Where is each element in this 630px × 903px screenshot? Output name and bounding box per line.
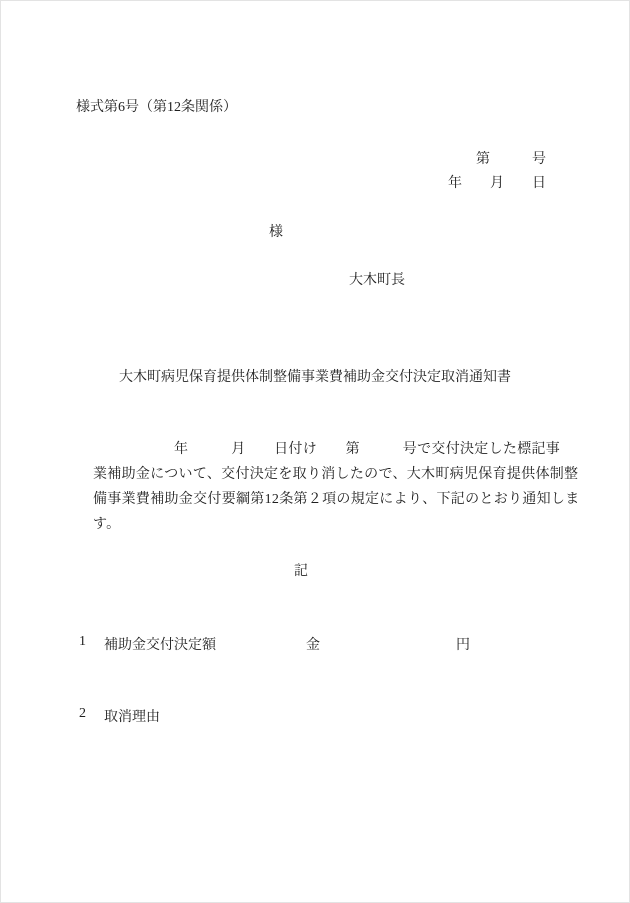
date-line: 年 月 日 <box>448 172 546 192</box>
sender-name: 大木町長 <box>349 269 405 289</box>
document-page: 様式第6号（第12条関係） 第 号 年 月 日 様 大木町長 大木町病児保育提供… <box>0 0 630 903</box>
body-line-4: す。 <box>93 513 120 533</box>
document-title: 大木町病児保育提供体制整備事業費補助金交付決定取消通知書 <box>1 366 629 386</box>
body-line-2: 業補助金について、交付決定を取り消したので、大木町病児保育提供体制整 <box>93 463 578 483</box>
item-label: 補助金交付決定額 <box>104 634 216 654</box>
item-number: 2 <box>79 706 86 722</box>
amount-unit: 円 <box>456 634 470 654</box>
amount-prefix: 金 <box>306 634 320 654</box>
body-line-3: 備事業費補助金交付要綱第12条第２項の規定により、下記のとおり通知しま <box>93 488 580 508</box>
item-number: 1 <box>79 634 86 650</box>
form-number: 様式第6号（第12条関係） <box>76 96 237 116</box>
body-line-1: 年 月 日付け 第 号で交付決定した標記事 <box>174 438 560 458</box>
record-marker: 記 <box>0 560 615 580</box>
doc-number-line: 第 号 <box>476 148 546 168</box>
item-label: 取消理由 <box>104 706 160 726</box>
addressee-suffix: 様 <box>269 221 283 241</box>
